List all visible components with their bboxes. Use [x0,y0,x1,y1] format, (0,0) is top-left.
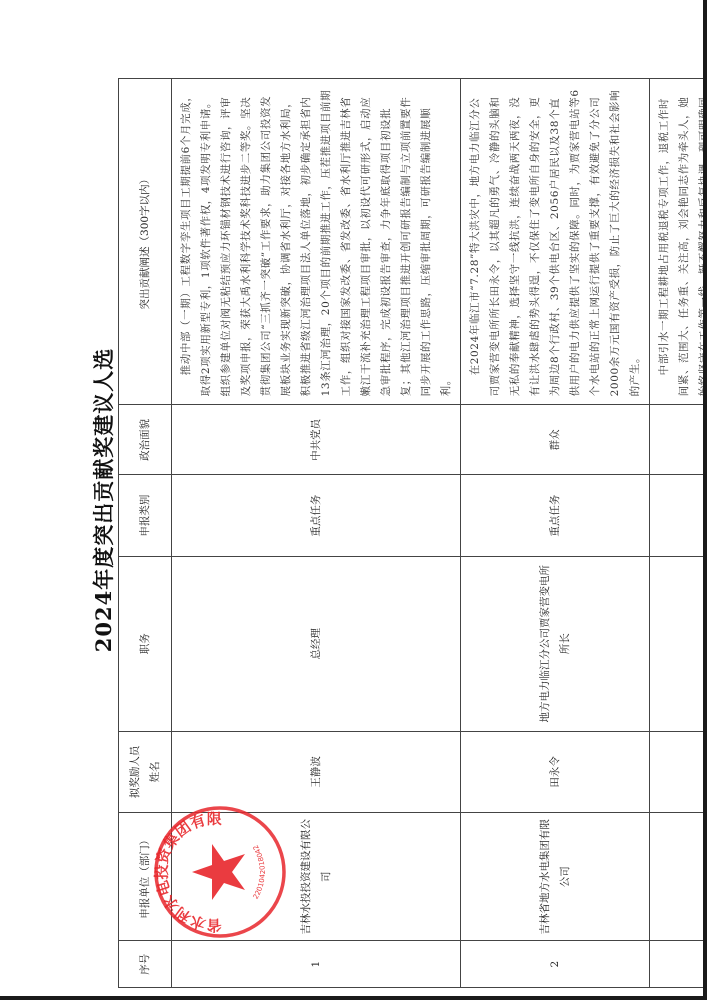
award-nominees-table: 序号 申报单位（部门） 拟奖励人员 姓名 职务 申报类别 政治面貌 突出贡献阐述… [118,78,707,988]
table-row: 2吉林省地方水电集团有限公司田永令地方电力临江分公司贾家营变电所所长重点任务群众… [461,79,650,988]
cell-name: 田永令 [461,731,650,813]
scan-edge-bottom [0,996,707,1000]
document-title: 2024年度突出贡献奖建议人选 [88,0,118,1000]
cell-position: 总经理 [172,556,461,731]
table-row: 1吉林水投投资建设有限公司王静波总经理重点任务中共党员推动中部（一期）工程数字孪… [172,79,461,988]
header-name-bottom: 姓名 [145,736,165,809]
cell-seq: 1 [172,941,461,988]
header-name-top: 拟奖励人员 [125,736,145,809]
header-unit: 申报单位（部门） [119,813,172,941]
cell-unit: 吉林省城市供水有限公司 [650,813,707,941]
header-name: 拟奖励人员 姓名 [119,731,172,813]
cell-seq: 2 [461,941,650,988]
header-seq: 序号 [119,941,172,988]
cell-description: 中部引水一期工程耕地占用税退税专项工作，退税工作时间紧、范围大、任务重、关注高，… [650,79,707,405]
scan-edge-right [703,0,707,1000]
cell-category: 重点任务 [172,475,461,557]
header-political: 政治面貌 [119,405,172,475]
cell-category: 重点任务 [461,475,650,557]
cell-political: 中共党员 [172,405,461,475]
cell-political: 群众 [461,405,650,475]
cell-position: 财务管理部部长 [650,556,707,731]
document-page: 2024年度突出贡献奖建议人选 序号 申报单位（部门） 拟奖励人员 姓名 职务 … [0,0,707,1000]
header-position: 职务 [119,556,172,731]
cell-name: 王静波 [172,731,461,813]
cell-unit: 吉林省地方水电集团有限公司 [461,813,650,941]
cell-name: 刘会艳 [650,731,707,813]
cell-description: 在2024年临江市“7.28”特大洪灾中，地方电力临江分公司贾家营变电所所长田永… [461,79,650,405]
cell-unit: 吉林水投投资建设有限公司 [172,813,461,941]
header-category: 申报类别 [119,475,172,557]
table-row: 3吉林省城市供水有限公司刘会艳财务管理部部长生产经营中共党员中部引水一期工程耕地… [650,79,707,988]
header-description: 突出贡献阐述（300字以内） [119,79,172,405]
cell-political: 中共党员 [650,405,707,475]
table-header-row: 序号 申报单位（部门） 拟奖励人员 姓名 职务 申报类别 政治面貌 突出贡献阐述… [119,79,172,988]
cell-description: 推动中部（一期）工程数字孪生项目工期提前6个月完成，取得2项实用新型专利，1项软… [172,79,461,405]
cell-seq: 3 [650,941,707,988]
cell-position: 地方电力临江分公司贾家营变电所所长 [461,556,650,731]
cell-category: 生产经营 [650,475,707,557]
